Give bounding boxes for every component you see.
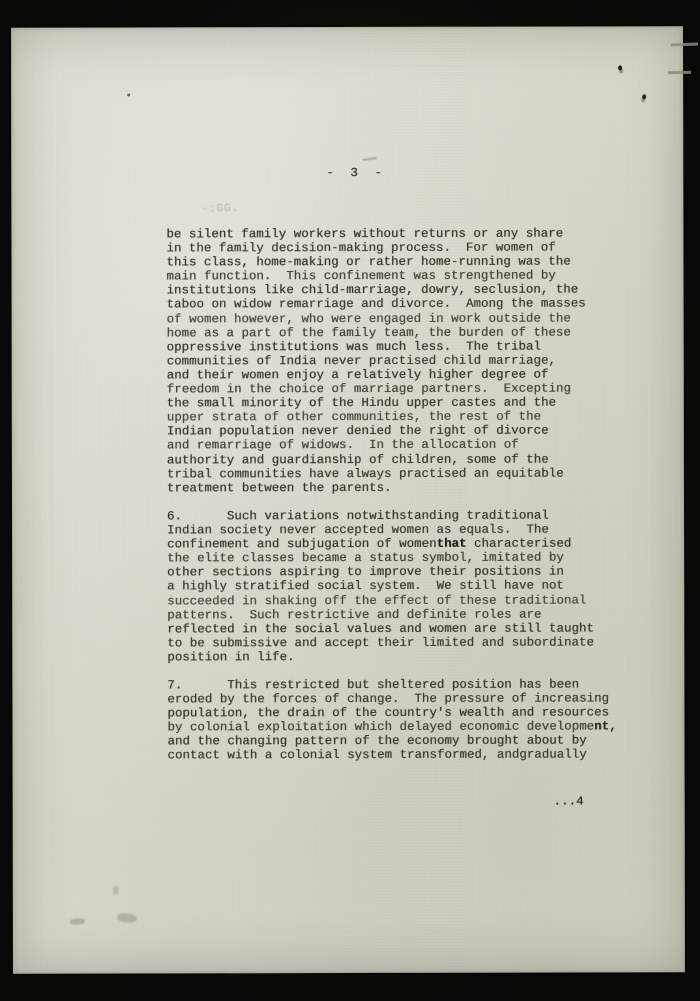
text-line: confinement and subjugation of womenthat… bbox=[167, 537, 594, 552]
text-line: Indian population never denied the right… bbox=[167, 424, 586, 439]
page-edge-mark bbox=[668, 71, 691, 74]
text-line: position in life. bbox=[167, 649, 594, 664]
text-line: taboo on widow remarriage and divorce. A… bbox=[167, 297, 586, 312]
text-line: authority and guardianship of children, … bbox=[167, 452, 586, 467]
text-line: and the changing pattern of the economy … bbox=[167, 734, 616, 749]
text-line: contact with a colonial system transform… bbox=[168, 748, 617, 763]
paper-smudge bbox=[70, 918, 85, 925]
paragraph-intro-continuation: be silent family workers without returns… bbox=[166, 227, 586, 496]
text-line: tribal communities have always practised… bbox=[167, 466, 586, 481]
text-line: other sections aspiring to improve their… bbox=[167, 565, 594, 580]
text-line: the elite classes became a status symbol… bbox=[167, 551, 594, 566]
text-line: eroded by the forces of change. The pres… bbox=[167, 692, 616, 707]
text-line: be silent family workers without returns… bbox=[166, 227, 585, 242]
text-line: institutions like child-marriage, dowry,… bbox=[167, 283, 586, 298]
text-line: of women however, who were engaged in wo… bbox=[167, 311, 586, 326]
text-line: population, the drain of the country's w… bbox=[167, 706, 616, 721]
text-line: communities of India never practised chi… bbox=[167, 353, 586, 368]
text-line: 7. This restricted but sheltered positio… bbox=[167, 677, 616, 692]
document-page: - 3 - -:GG. be silent family workers wit… bbox=[11, 26, 685, 973]
page-edge-mark bbox=[671, 43, 698, 47]
text-line: reflected in the social values and women… bbox=[167, 621, 594, 636]
text-line: upper strata of other communities, the r… bbox=[167, 410, 586, 425]
text-line: in the family decision-making process. F… bbox=[166, 241, 585, 256]
stray-ink-mark: -:GG. bbox=[201, 203, 239, 216]
continuation-mark: ...4 bbox=[554, 795, 584, 809]
text-line: freedom in the choice of marriage partne… bbox=[167, 382, 586, 397]
text-line: this class, home-making or rather home-r… bbox=[166, 255, 585, 270]
text-line: succeeded in shaking off the effect of t… bbox=[167, 593, 594, 608]
ink-speck bbox=[618, 65, 622, 70]
text-line: a highly stratified social system. We st… bbox=[167, 579, 594, 594]
paragraph-6: 6. Such variations notwithstanding tradi… bbox=[167, 508, 594, 664]
paper-smudge bbox=[113, 885, 119, 895]
text-line: oppressive institutions was much less. T… bbox=[167, 339, 586, 354]
text-line: and remarriage of widows. In the allocat… bbox=[167, 438, 586, 453]
paragraph-7: 7. This restricted but sheltered positio… bbox=[167, 677, 616, 763]
text-line: Indian society never accepted women as e… bbox=[167, 523, 594, 538]
scanner-background: - 3 - -:GG. be silent family workers wit… bbox=[0, 0, 700, 1001]
text-line: home as a part of the family team, the b… bbox=[167, 325, 586, 340]
ink-speck bbox=[127, 93, 130, 96]
text-line: 6. Such variations notwithstanding tradi… bbox=[167, 508, 594, 523]
text-line: main function. This confinement was stre… bbox=[167, 269, 586, 284]
text-line: and their women enjoy a relatively highe… bbox=[167, 367, 586, 382]
page-number: - 3 - bbox=[326, 166, 382, 180]
text-line: patterns. Such restrictive and definite … bbox=[167, 607, 594, 622]
text-line: to be submissive and accept their limite… bbox=[167, 635, 594, 650]
ink-speck bbox=[642, 94, 646, 99]
paper-smudge bbox=[116, 912, 137, 923]
text-line: the small minority of the Hindu upper ca… bbox=[167, 396, 586, 411]
text-line: by colonial exploitation which delayed e… bbox=[167, 720, 616, 735]
text-line: treatment between the parents. bbox=[167, 480, 586, 495]
